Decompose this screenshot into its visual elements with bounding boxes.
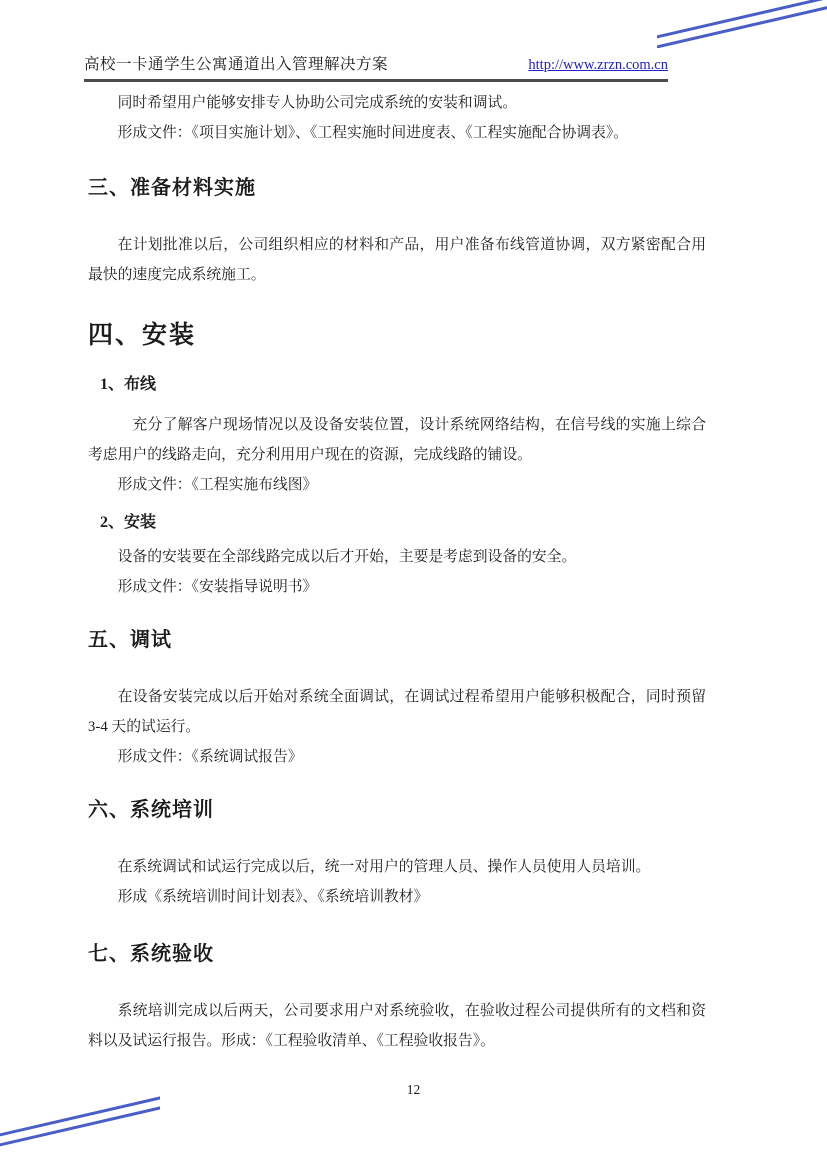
subsection-heading-1: 1、布线 [100, 374, 706, 396]
document-page: 高校一卡通学生公寓通道出入管理解决方案 http://www.zrzn.com.… [0, 0, 827, 1167]
paragraph-deliverables: 形成文件：《工程实施布线图》 [88, 470, 706, 500]
page-number: 12 [0, 1082, 827, 1098]
section-heading-3: 三、准备材料实施 [88, 174, 706, 202]
paragraph: 设备的安装要在全部线路完成以后才开始，主要是考虑到设备的安全。 [88, 542, 706, 572]
paragraph-deliverables: 形成文件：《项目实施计划》、《工程实施时间进度表、《工程实施配合协调表》。 [88, 118, 706, 148]
diagonal-line-icon [657, 0, 827, 39]
paragraph: 在系统调试和试运行完成以后，统一对用户的管理人员、操作人员使用人员培训。 [88, 852, 706, 882]
document-title: 高校一卡通学生公寓通道出入管理解决方案 [84, 52, 388, 74]
website-link[interactable]: http://www.zrzn.com.cn [528, 57, 668, 74]
corner-decoration-bottom-left-icon [0, 1095, 160, 1150]
diagonal-line-icon [657, 4, 827, 48]
paragraph: 同时希望用户能够安排专人协助公司完成系统的安装和调试。 [88, 88, 706, 118]
paragraph: 系统培训完成以后两天，公司要求用户对系统验收，在验收过程公司提供所有的文档和资料… [88, 996, 706, 1056]
paragraph-deliverables: 形成文件：《安装指导说明书》 [88, 572, 706, 602]
subsection-heading-2: 2、安装 [100, 512, 706, 534]
diagonal-line-icon [0, 1105, 160, 1147]
paragraph: 在计划批准以后，公司组织相应的材料和产品，用户准备布线管道协调，双方紧密配合用最… [88, 230, 706, 290]
paragraph: 充分了解客户现场情况以及设备安装位置，设计系统网络结构，在信号线的实施上综合考虑… [88, 410, 706, 470]
page-header: 高校一卡通学生公寓通道出入管理解决方案 http://www.zrzn.com.… [84, 52, 668, 82]
section-heading-5: 五、调试 [88, 626, 706, 654]
paragraph-deliverables: 形成文件：《系统调试报告》 [88, 742, 706, 772]
section-heading-6: 六、系统培训 [88, 796, 706, 824]
document-body: 同时希望用户能够安排专人协助公司完成系统的安装和调试。 形成文件：《项目实施计划… [88, 88, 706, 1056]
diagonal-line-icon [0, 1095, 160, 1137]
corner-decoration-top-right-icon [657, 0, 827, 48]
paragraph-deliverables: 形成《系统培训时间计划表》、《系统培训教材》 [88, 882, 706, 912]
section-heading-7: 七、系统验收 [88, 940, 706, 968]
section-heading-4: 四、安装 [88, 318, 706, 352]
paragraph: 在设备安装完成以后开始对系统全面调试，在调试过程希望用户能够积极配合，同时预留 … [88, 682, 706, 742]
